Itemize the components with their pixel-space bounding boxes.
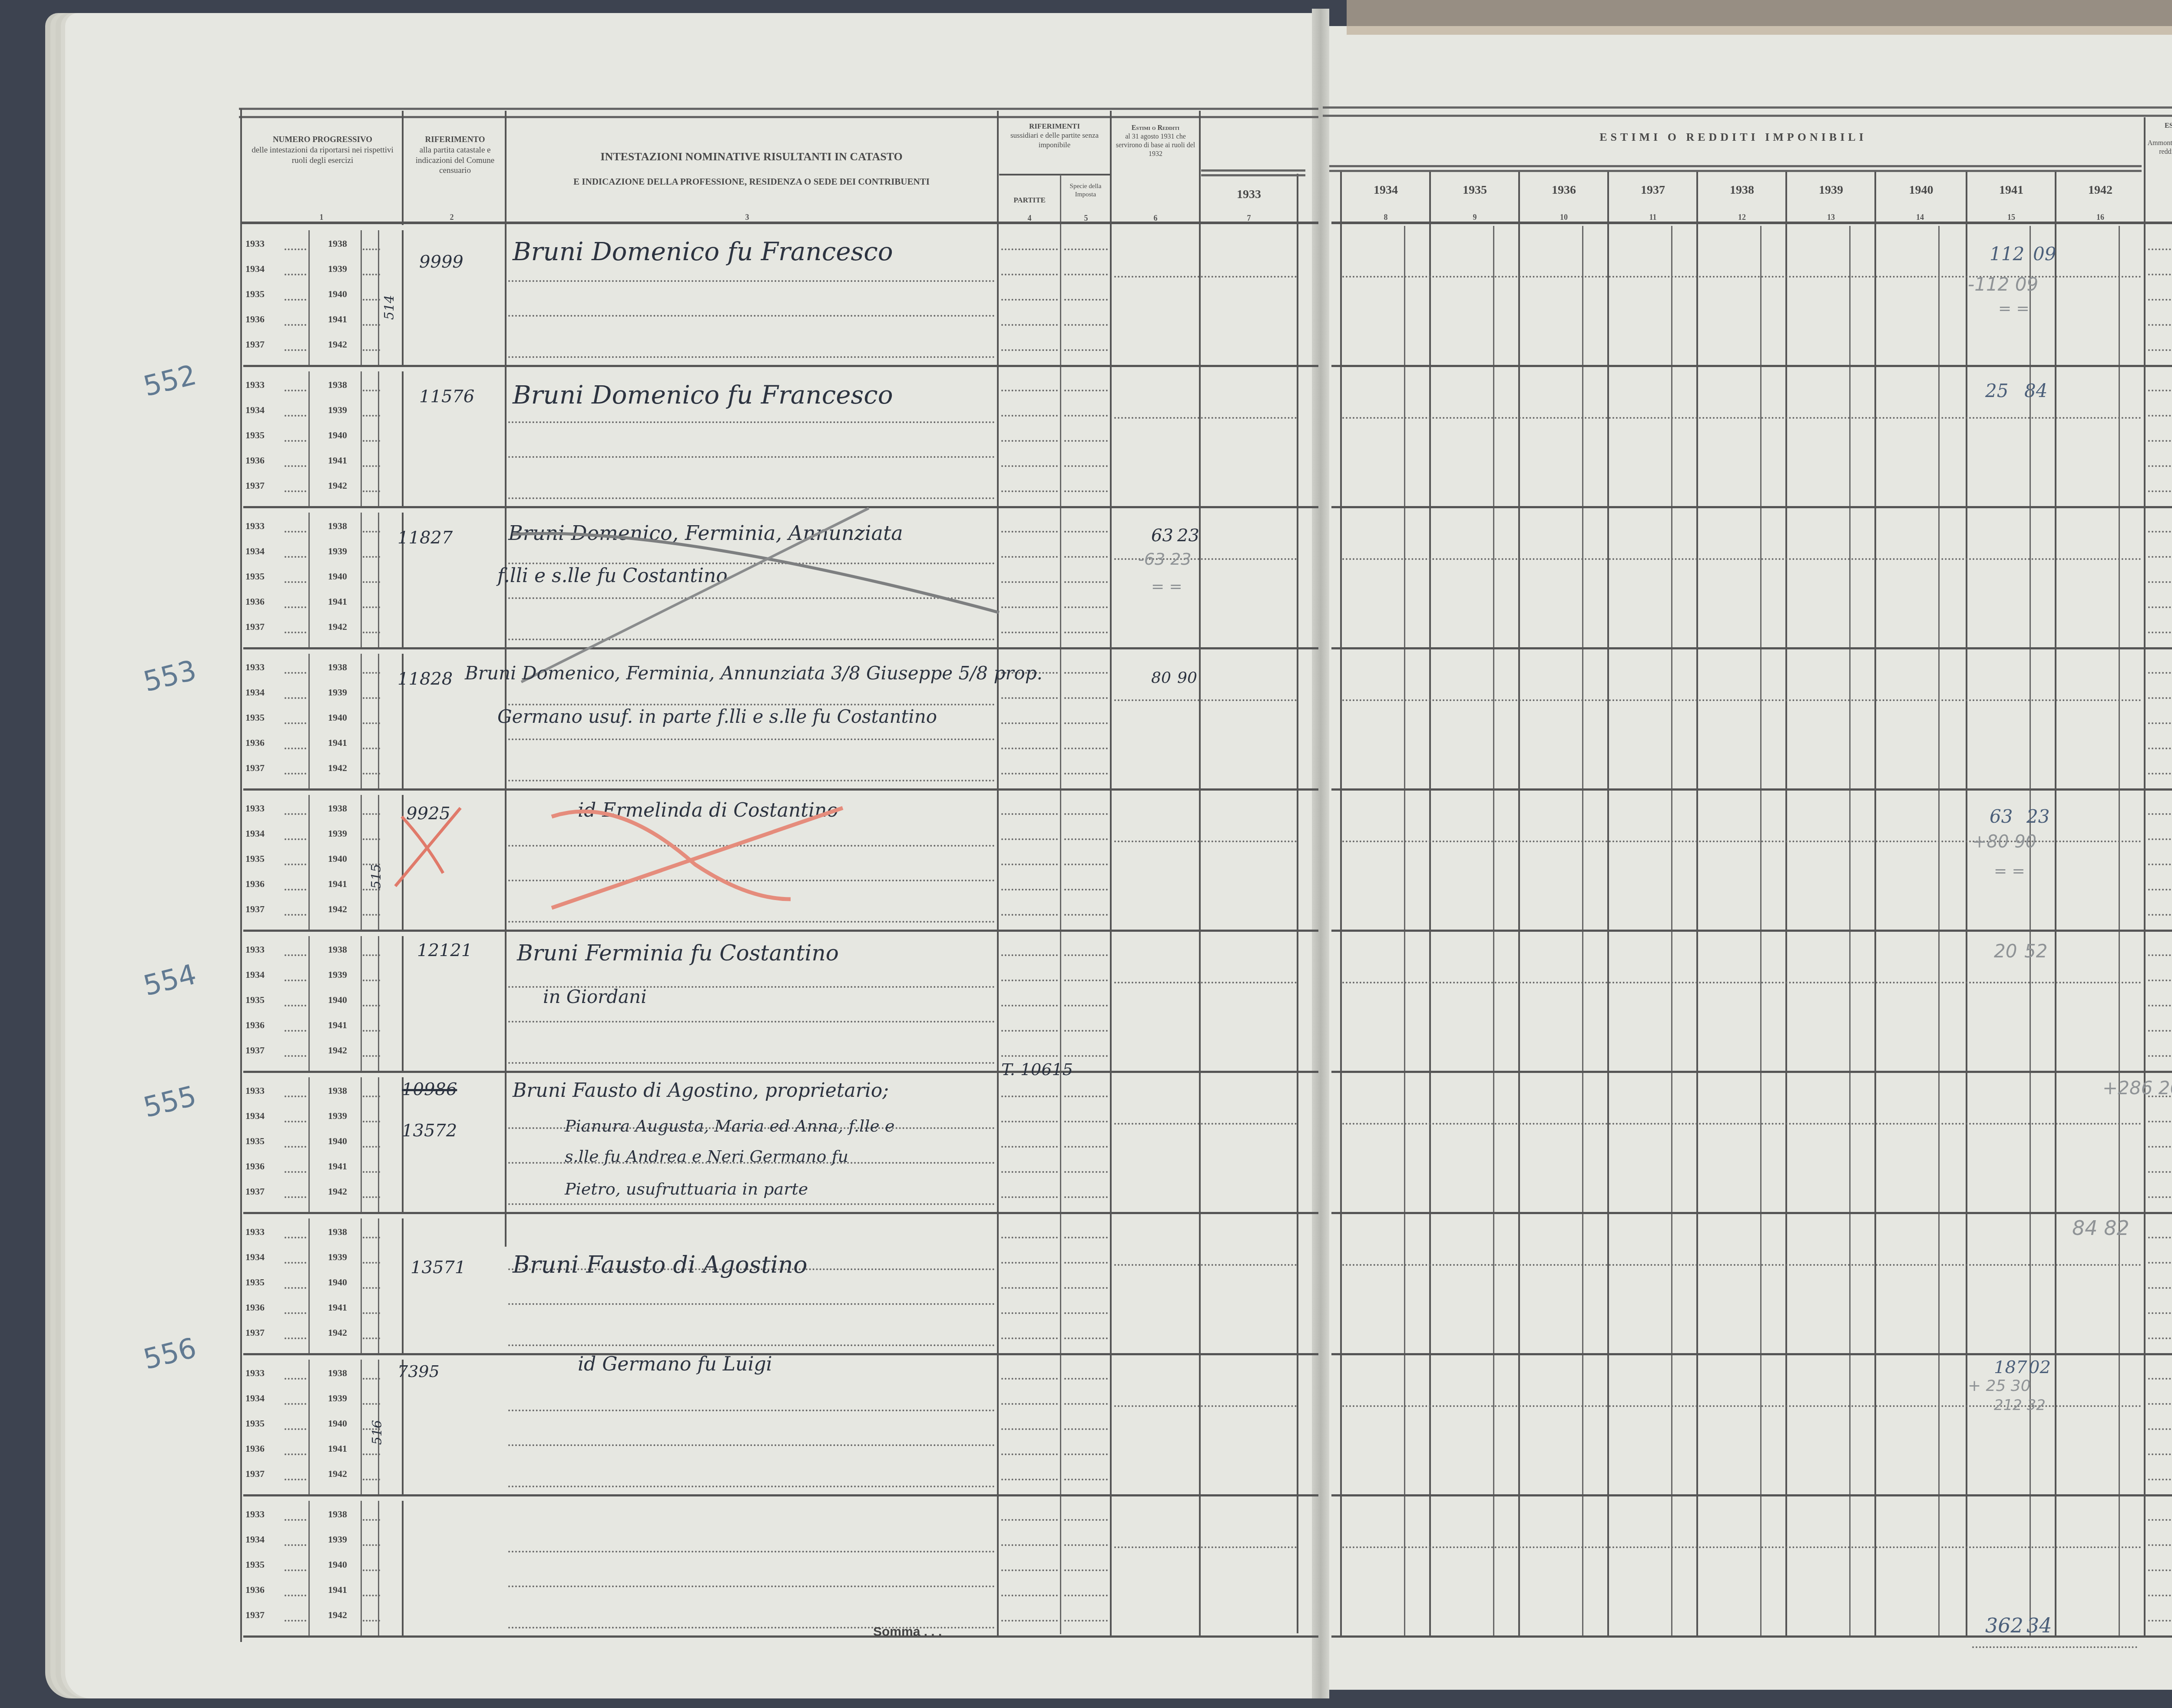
dotted-line: [363, 1479, 380, 1480]
dotted-line: [1342, 1264, 2142, 1266]
entry-partita: 12121: [417, 940, 472, 960]
dotted-line: [1064, 324, 1108, 326]
year-label: 1935: [245, 571, 265, 582]
dotted-line: [1064, 1569, 1108, 1571]
entry-col6-cents: 23: [1177, 526, 1199, 546]
year-label: 1938: [328, 1367, 347, 1379]
dotted-line: [1001, 1544, 1058, 1546]
grid-line: [378, 1501, 379, 1635]
entry-partita: 9999: [419, 252, 464, 272]
writing-line: [508, 1551, 995, 1552]
dotted-line: [2148, 1403, 2172, 1405]
year-label: 1940: [328, 1277, 347, 1288]
dotted-line: [363, 490, 380, 492]
dotted-line: [285, 390, 306, 391]
entry-name: Bruni Domenico, Ferminia, Annunziata 3/8…: [465, 662, 1043, 684]
year-label: 1942: [328, 1186, 347, 1197]
col3-number: 3: [738, 213, 756, 222]
col-number: 16: [2092, 213, 2109, 222]
dotted-line: [1064, 813, 1108, 815]
dotted-line: [1064, 1171, 1108, 1173]
year-label: 1939: [328, 546, 347, 557]
dotted-line: [285, 1544, 306, 1546]
dotted-line: [363, 1262, 380, 1264]
col7-rule: [1201, 169, 1305, 176]
dotted-line: [285, 672, 306, 674]
entry-1941-cents: 09: [2033, 243, 2056, 265]
dotted-line: [1114, 1405, 1297, 1407]
y1938-left: [1696, 172, 1698, 1635]
dotted-line: [2148, 1453, 2172, 1455]
header-top-rule: [239, 108, 1318, 118]
grid-line: [308, 1218, 310, 1353]
dotted-line: [1001, 1479, 1058, 1480]
dotted-line: [1064, 1121, 1108, 1122]
row-separator: [1331, 930, 2172, 932]
year-label: 1939: [328, 263, 347, 275]
row-separator: [243, 1071, 1318, 1073]
dotted-line: [285, 722, 306, 724]
year-label: 1934: [245, 546, 265, 557]
dotted-line: [1001, 1171, 1058, 1173]
dotted-line: [1064, 1428, 1108, 1430]
year-header-1941: 1941: [1968, 182, 2055, 198]
dotted-line: [2148, 299, 2172, 301]
year-label: 1936: [245, 737, 265, 748]
dotted-line: [1342, 1123, 2142, 1125]
year-label: 1934: [245, 404, 265, 416]
year-label: 1941: [328, 596, 347, 607]
col-number: 10: [1555, 213, 1573, 222]
book-gutter: [1312, 9, 1329, 1698]
torn-page-edge: [1347, 0, 2172, 35]
row-separator: [1331, 365, 2172, 367]
year-label: 1937: [245, 1468, 265, 1480]
dotted-line: [1001, 1312, 1058, 1314]
dotted-line: [2148, 1519, 2172, 1521]
dotted-line: [2148, 490, 2172, 492]
dotted-line: [1001, 390, 1058, 391]
year-label: 1934: [245, 1393, 265, 1404]
year-label: 1937: [245, 1327, 265, 1338]
right-header-top-rule: [1323, 106, 2172, 117]
dotted-line: [1001, 980, 1058, 981]
year-label: 1940: [328, 1135, 347, 1147]
dotted-line: [2148, 581, 2172, 583]
dotted-line: [363, 581, 380, 583]
dotted-line: [2148, 889, 2172, 890]
y1936-left: [1518, 172, 1520, 1635]
year-label: 1935: [245, 1277, 265, 1288]
dotted-line: [285, 1595, 306, 1596]
dotted-line: [1064, 1055, 1108, 1057]
dotted-line: [285, 838, 306, 840]
grid-line: [361, 371, 362, 506]
col-number: 14: [1911, 213, 1929, 222]
col45-subtitle: sussidiari e delle partite senza imponib…: [999, 131, 1110, 149]
entry-name-line2: Pianura Augusta, Maria ed Anna, f.lle e: [565, 1116, 894, 1135]
dotted-line: [285, 531, 306, 533]
year-header-1939: 1939: [1788, 182, 1874, 198]
entry-name: Bruni Domenico fu Francesco: [513, 237, 893, 266]
dotted-line: [363, 914, 380, 916]
year-label: 1935: [245, 288, 265, 300]
year-label: 1935: [245, 1418, 265, 1429]
dotted-line: [2148, 1030, 2172, 1032]
dotted-line: [1064, 748, 1108, 749]
row-separator: [243, 1353, 1318, 1355]
grid-line: [402, 371, 404, 506]
dotted-line: [1114, 1546, 1297, 1548]
writing-line: [508, 704, 995, 705]
entry-partita: 7395: [397, 1362, 440, 1381]
year-label: 1935: [245, 1135, 265, 1147]
dotted-line: [1001, 1428, 1058, 1430]
dotted-line: [363, 813, 380, 815]
year-label: 1938: [328, 1509, 347, 1520]
dotted-line: [1064, 889, 1108, 890]
year-label: 1940: [328, 288, 347, 300]
dotted-line: [1001, 349, 1058, 351]
year-label: 1940: [328, 571, 347, 582]
dotted-line: [2148, 864, 2172, 865]
entry-1941-pencil-note: -112 09: [1968, 274, 2038, 295]
year-label: 1940: [328, 1418, 347, 1429]
year-label: 1933: [245, 238, 265, 249]
year-label: 1939: [328, 969, 347, 980]
dotted-line: [2148, 248, 2172, 250]
dotted-line: [285, 440, 306, 442]
year-label: 1940: [328, 430, 347, 441]
entry-col6-value: 80: [1151, 669, 1171, 687]
writing-line: [508, 1062, 995, 1064]
entry-1941-cents: 23: [2026, 806, 2049, 827]
dotted-line: [285, 1030, 306, 1032]
col2-number: 2: [443, 213, 460, 222]
year-label: 1939: [328, 404, 347, 416]
dotted-line: [285, 1620, 306, 1622]
sum-dotted-line: [1972, 1646, 2137, 1648]
year-label: 1935: [245, 1559, 265, 1570]
col2-title: RIFERIMENTO: [406, 135, 504, 145]
right-header-bottom-rule: [1331, 222, 2172, 224]
dotted-line: [363, 274, 380, 275]
year-label: 1940: [328, 712, 347, 723]
grid-line: [308, 936, 310, 1071]
dotted-line: [363, 1121, 380, 1122]
col-number: 13: [1822, 213, 1840, 222]
dotted-line: [1114, 982, 1297, 983]
col1-number: 1: [313, 213, 330, 222]
entry-name: Bruni Domenico fu Francesco: [513, 380, 893, 410]
dotted-line: [2148, 1620, 2172, 1622]
dotted-line: [363, 748, 380, 749]
year-label: 1933: [245, 520, 265, 532]
dotted-line: [285, 1337, 306, 1339]
dotted-line: [1064, 838, 1108, 840]
dotted-line: [363, 1096, 380, 1097]
col6-subtitle: al 31 agosto 1931 che servirono di base …: [1112, 132, 1199, 159]
dotted-line: [285, 1378, 306, 1380]
writing-line: [508, 1410, 995, 1411]
year-label: 1939: [328, 1110, 347, 1122]
dotted-line: [285, 1196, 306, 1198]
entry-1941-pencil-note: +80 90: [1972, 832, 2036, 852]
row-separator: [243, 788, 1318, 791]
dotted-line: [2148, 349, 2172, 351]
dotted-line: [285, 606, 306, 608]
entry-col6-pencil-result: = =: [1151, 578, 1182, 596]
dotted-line: [1064, 1096, 1108, 1097]
col3-subtitle: E INDICAZIONE DELLA PROFESSIONE, RESIDEN…: [508, 176, 995, 187]
grid-line: [378, 371, 379, 506]
writing-line: [508, 421, 995, 423]
grid-line: [308, 371, 310, 506]
year-header-1935: 1935: [1431, 182, 1518, 198]
dotted-line: [1342, 558, 2142, 560]
entry-partita: 11827: [397, 528, 453, 548]
dotted-line: [1064, 1005, 1108, 1006]
dotted-line: [285, 632, 306, 633]
dotted-line: [2148, 1479, 2172, 1480]
dotted-line: [1064, 722, 1108, 724]
entry-1941-value: 187: [1994, 1357, 2027, 1377]
dotted-line: [1064, 349, 1108, 351]
col-number: 15: [2003, 213, 2020, 222]
dotted-line: [2148, 748, 2172, 749]
dotted-line: [363, 1171, 380, 1173]
dotted-line: [1064, 1378, 1108, 1380]
dotted-line: [2148, 1055, 2172, 1057]
grid-line: [361, 936, 362, 1071]
dotted-line: [1064, 1479, 1108, 1480]
dotted-line: [1001, 324, 1058, 326]
dotted-line: [2148, 440, 2172, 442]
dotted-line: [2148, 324, 2172, 326]
writing-line: [508, 780, 995, 781]
year-label: 1933: [245, 1509, 265, 1520]
col3-title: INTESTAZIONI NOMINATIVE RISULTANTI IN CA…: [508, 150, 995, 164]
dotted-line: [363, 248, 380, 250]
dotted-line: [1064, 1595, 1108, 1596]
year-label: 1941: [328, 878, 347, 890]
red-cross-mark: [391, 799, 891, 912]
year-label: 1933: [245, 662, 265, 673]
dotted-line: [285, 1237, 306, 1238]
col17-dash: —: [2146, 130, 2172, 139]
dotted-line: [1064, 1403, 1108, 1405]
dotted-line: [1064, 1030, 1108, 1032]
row-separator: [1331, 506, 2172, 508]
dotted-line: [285, 490, 306, 492]
dotted-line: [363, 1337, 380, 1339]
year-label: 1937: [245, 480, 265, 491]
dotted-line: [285, 1262, 306, 1264]
year-label: 1941: [328, 455, 347, 466]
year-label: 1937: [245, 1045, 265, 1056]
dotted-line: [1001, 722, 1058, 724]
entry-1941-value: 25: [1985, 380, 2008, 401]
dotted-line: [2148, 632, 2172, 633]
dotted-line: [2148, 1544, 2172, 1546]
estimi-rule: [1329, 165, 2142, 172]
year-label: 1938: [328, 662, 347, 673]
year-label: 1937: [245, 1609, 265, 1621]
row-separator: [1331, 1212, 2172, 1214]
dotted-line: [285, 914, 306, 916]
year-label: 1936: [245, 1584, 265, 1595]
y1940-left: [1874, 172, 1876, 1635]
grid-line: [402, 230, 404, 365]
dotted-line: [363, 531, 380, 533]
dotted-line: [1001, 274, 1058, 275]
dotted-line: [363, 722, 380, 724]
year-label: 1941: [328, 1443, 347, 1454]
dotted-line: [363, 556, 380, 558]
year-label: 1936: [245, 1443, 265, 1454]
y1934-left: [1340, 172, 1342, 1635]
year-label: 1934: [245, 1110, 265, 1122]
dotted-line: [1001, 1620, 1058, 1622]
year-label: 1942: [328, 1045, 347, 1056]
year-label: 1933: [245, 803, 265, 814]
dotted-line: [285, 1121, 306, 1122]
dotted-line: [1064, 1196, 1108, 1198]
row-separator: [1331, 1494, 2172, 1496]
dotted-line: [1001, 864, 1058, 865]
dotted-line: [2148, 274, 2172, 275]
year-label: 1935: [245, 853, 265, 864]
year-header-1940: 1940: [1877, 182, 1966, 198]
entry-side-note: 516: [370, 1420, 385, 1445]
writing-line: [508, 1486, 995, 1487]
dotted-line: [363, 632, 380, 633]
writing-line: [508, 1444, 995, 1446]
entry-1941-pencil-result: 212 32: [1994, 1397, 2046, 1414]
grid-line: [361, 1501, 362, 1635]
year-label: 1941: [328, 1020, 347, 1031]
grid-line: [308, 230, 310, 365]
dotted-line: [363, 954, 380, 956]
entry-name-line3: s.lle fu Andrea e Neri Germano fu: [565, 1147, 848, 1166]
dotted-line: [363, 838, 380, 840]
dotted-line: [363, 606, 380, 608]
dotted-line: [1342, 982, 2142, 983]
dotted-line: [363, 697, 380, 699]
dotted-line: [2148, 556, 2172, 558]
year-label: 1935: [245, 430, 265, 441]
dotted-line: [285, 1096, 306, 1097]
dotted-line: [285, 1453, 306, 1455]
year-label: 1941: [328, 737, 347, 748]
year-label: 1938: [328, 379, 347, 391]
col1-title: NUMERO PROGRESSIVO: [243, 135, 402, 145]
dotted-line: [2148, 1237, 2172, 1238]
sum-value: 362: [1985, 1614, 2023, 1637]
col1-header: NUMERO PROGRESSIVO delle intestazioni da…: [243, 135, 402, 166]
year-label: 1942: [328, 480, 347, 491]
sum-cents: 34: [2026, 1614, 2052, 1637]
dotted-line: [363, 1544, 380, 1546]
dotted-line: [285, 465, 306, 467]
writing-line: [508, 456, 995, 458]
writing-line: [508, 356, 995, 358]
year-header-1937: 1937: [1609, 182, 1696, 198]
dotted-line: [1064, 773, 1108, 775]
writing-line: [508, 921, 995, 923]
dotted-line: [285, 980, 306, 981]
col2-header: RIFERIMENTO alla partita catastale e ind…: [406, 135, 504, 176]
sum-label: Somma . . .: [873, 1625, 942, 1639]
dotted-line: [363, 1055, 380, 1057]
col6-title: Estimi o Redditi: [1112, 124, 1199, 132]
year-label: 1937: [245, 339, 265, 350]
dotted-line: [363, 1519, 380, 1521]
dotted-line: [363, 324, 380, 326]
row-separator: [1331, 647, 2172, 649]
dotted-line: [1114, 699, 1297, 701]
grid-line: [378, 654, 379, 788]
dotted-line: [1064, 632, 1108, 633]
writing-line: [508, 1021, 995, 1023]
dotted-line: [2148, 1312, 2172, 1314]
dotted-line: [1064, 1287, 1108, 1289]
dotted-line: [363, 1237, 380, 1238]
dotted-line: [2148, 606, 2172, 608]
dotted-line: [285, 1312, 306, 1314]
year-label: 1938: [328, 944, 347, 955]
dotted-line: [1001, 1519, 1058, 1521]
dotted-line: [285, 274, 306, 275]
writing-line: [508, 1303, 995, 1305]
year-label: 1933: [245, 379, 265, 391]
col4-border: [1060, 175, 1061, 1634]
dotted-line: [1001, 440, 1058, 442]
year-label: 1933: [245, 1226, 265, 1238]
dotted-line: [1114, 417, 1297, 419]
year-label: 1938: [328, 803, 347, 814]
dotted-line: [2148, 465, 2172, 467]
dotted-line: [1064, 556, 1108, 558]
entry-partita-new: 13572: [402, 1121, 457, 1141]
grid-line: [361, 654, 362, 788]
dotted-line: [1064, 1544, 1108, 1546]
dotted-line: [363, 1005, 380, 1006]
dotted-line: [285, 581, 306, 583]
year-label: 1934: [245, 687, 265, 698]
dotted-line: [1001, 1378, 1058, 1380]
dotted-line: [363, 1453, 380, 1455]
col1-subtitle: delle intestazioni da riportarsi nei ris…: [243, 145, 402, 166]
col3-border: [997, 111, 999, 1635]
year-label: 1940: [328, 994, 347, 1006]
dotted-line: [2148, 1196, 2172, 1198]
dotted-line: [1064, 390, 1108, 391]
col6-header: Estimi o Redditi al 31 agosto 1931 che s…: [1112, 124, 1199, 159]
dotted-line: [363, 349, 380, 351]
dotted-line: [1114, 1123, 1297, 1125]
entry-side-note: 514: [382, 295, 397, 320]
year-label: 1939: [328, 1393, 347, 1404]
entry-partita-old: 10986: [402, 1079, 457, 1099]
year-label: 1941: [328, 1584, 347, 1595]
year-label: 1939: [328, 1534, 347, 1545]
year-label: 1942: [328, 339, 347, 350]
dotted-line: [1114, 276, 1297, 278]
entry-1941-value: 20: [1994, 940, 2017, 962]
dotted-line: [2148, 697, 2172, 699]
dotted-line: [285, 1519, 306, 1521]
